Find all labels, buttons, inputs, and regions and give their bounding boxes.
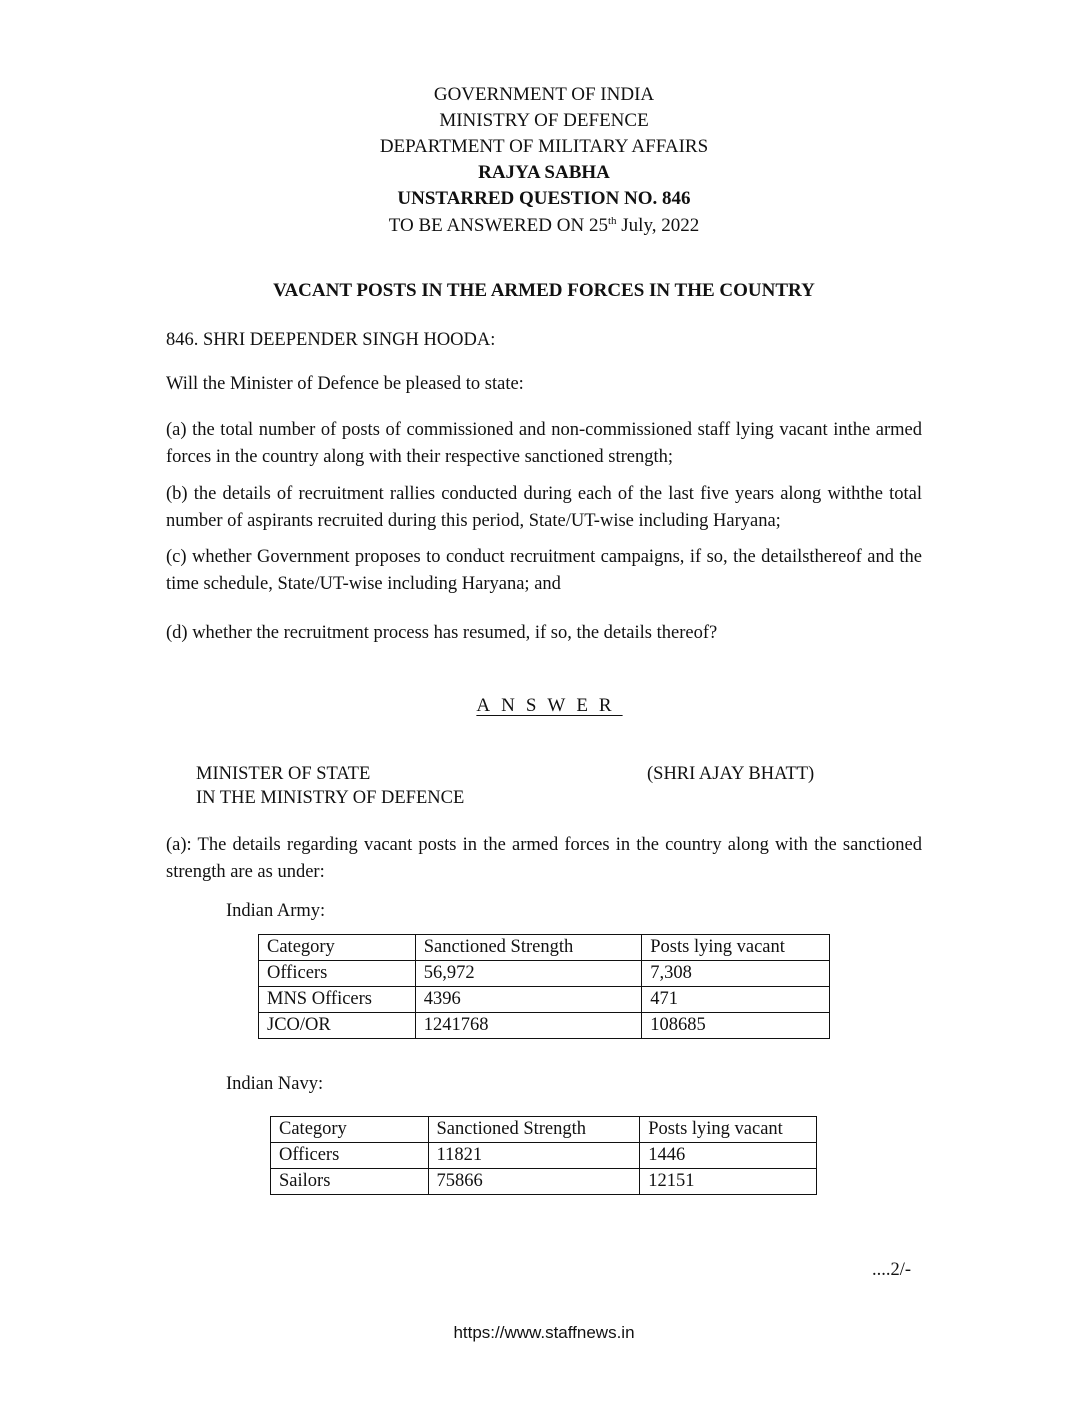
footer-url[interactable]: https://www.staffnews.in xyxy=(0,1323,1088,1343)
answer-part-a-intro: (a): The details regarding vacant posts … xyxy=(166,832,922,886)
army-label: Indian Army: xyxy=(226,898,325,924)
question-asker: 846. SHRI DEEPENDER SINGH HOODA: xyxy=(166,327,495,353)
header-department: DEPARTMENT OF MILITARY AFFAIRS xyxy=(0,134,1088,160)
subject-title: VACANT POSTS IN THE ARMED FORCES IN THE … xyxy=(0,278,1088,304)
header-ministry: MINISTRY OF DEFENCE xyxy=(0,108,1088,134)
table-row: Officers118211446 xyxy=(271,1143,817,1169)
answer-heading: ANSWER xyxy=(0,693,1088,719)
sanctioned-strength-cell: 56,972 xyxy=(415,961,642,987)
header-answer-date: TO BE ANSWERED ON 25th July, 2022 xyxy=(0,213,1088,239)
minister-name: (SHRI AJAY BHATT) xyxy=(647,761,814,787)
column-header: Posts lying vacant xyxy=(642,935,830,961)
category-cell: Officers xyxy=(259,961,416,987)
question-part-b: (b) the details of recruitment rallies c… xyxy=(166,481,922,535)
column-header: Posts lying vacant xyxy=(640,1117,817,1143)
category-cell: Officers xyxy=(271,1143,429,1169)
table-row: JCO/OR1241768108685 xyxy=(259,1013,830,1039)
sanctioned-strength-cell: 75866 xyxy=(428,1169,640,1195)
sanctioned-strength-cell: 4396 xyxy=(415,987,642,1013)
sanctioned-strength-cell: 11821 xyxy=(428,1143,640,1169)
vacant-posts-cell: 471 xyxy=(642,987,830,1013)
header-question-number: UNSTARRED QUESTION NO. 846 xyxy=(0,186,1088,212)
question-part-a: (a) the total number of posts of commiss… xyxy=(166,417,922,471)
vacant-posts-cell: 108685 xyxy=(642,1013,830,1039)
column-header: Sanctioned Strength xyxy=(415,935,642,961)
column-header: Category xyxy=(271,1117,429,1143)
question-part-c: (c) whether Government proposes to condu… xyxy=(166,544,922,598)
header-government: GOVERNMENT OF INDIA xyxy=(0,82,1088,108)
sanctioned-strength-cell: 1241768 xyxy=(415,1013,642,1039)
table-row: Officers56,9727,308 xyxy=(259,961,830,987)
minister-title-line2: IN THE MINISTRY OF DEFENCE xyxy=(196,785,464,811)
column-header: Category xyxy=(259,935,416,961)
category-cell: MNS Officers xyxy=(259,987,416,1013)
vacant-posts-cell: 1446 xyxy=(640,1143,817,1169)
table-header-row: CategorySanctioned StrengthPosts lying v… xyxy=(271,1117,817,1143)
document-page: GOVERNMENT OF INDIA MINISTRY OF DEFENCE … xyxy=(0,0,1088,1408)
question-intro: Will the Minister of Defence be pleased … xyxy=(166,371,524,397)
table-header-row: CategorySanctioned StrengthPosts lying v… xyxy=(259,935,830,961)
question-part-d: (d) whether the recruitment process has … xyxy=(166,620,717,646)
navy-vacancy-table: CategorySanctioned StrengthPosts lying v… xyxy=(270,1116,817,1195)
vacant-posts-cell: 7,308 xyxy=(642,961,830,987)
navy-label: Indian Navy: xyxy=(226,1071,323,1097)
category-cell: Sailors xyxy=(271,1169,429,1195)
table-row: Sailors7586612151 xyxy=(271,1169,817,1195)
vacant-posts-cell: 12151 xyxy=(640,1169,817,1195)
minister-title-line1: MINISTER OF STATE xyxy=(196,761,370,787)
category-cell: JCO/OR xyxy=(259,1013,416,1039)
page-continuation: ....2/- xyxy=(872,1257,911,1283)
table-row: MNS Officers4396471 xyxy=(259,987,830,1013)
army-vacancy-table: CategorySanctioned StrengthPosts lying v… xyxy=(258,934,830,1039)
header-house: RAJYA SABHA xyxy=(0,160,1088,186)
column-header: Sanctioned Strength xyxy=(428,1117,640,1143)
